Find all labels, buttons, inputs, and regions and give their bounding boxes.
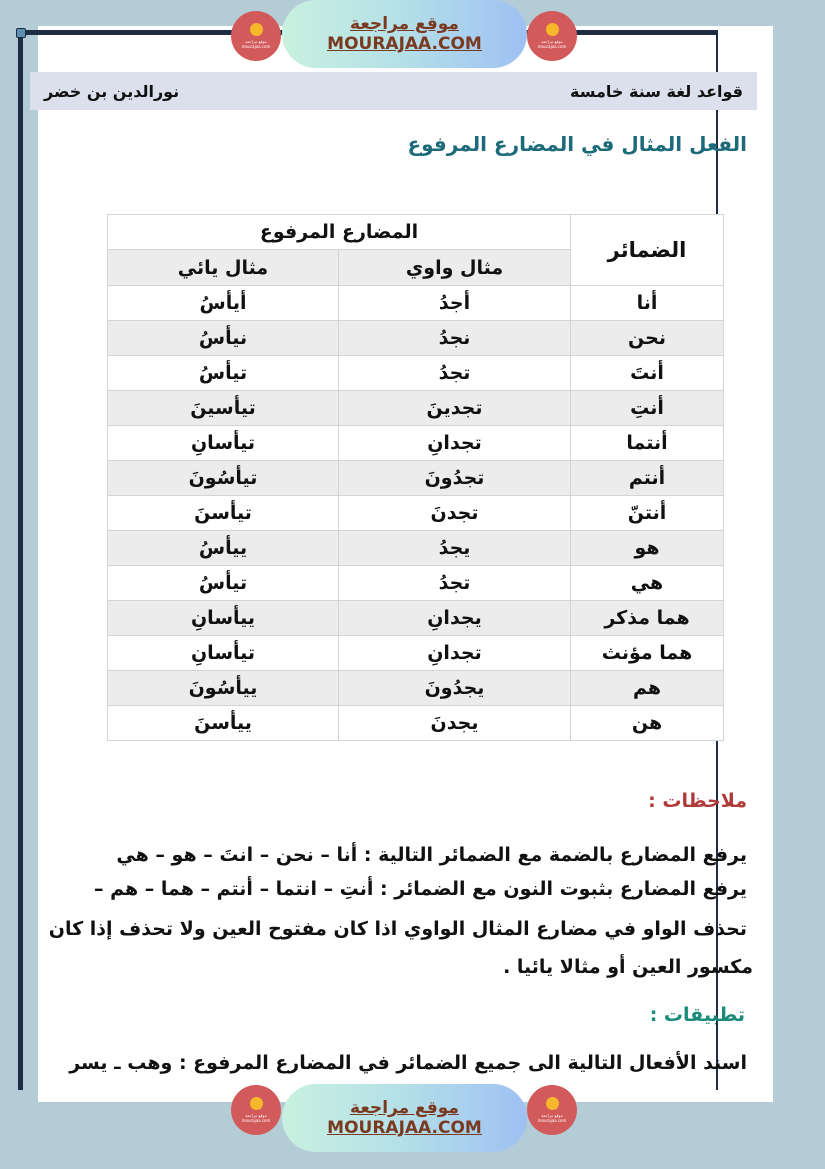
wawi-cell: يجدُونَ <box>339 671 571 706</box>
book-logo-icon <box>546 23 559 36</box>
group-header: المضارع المرفوع <box>108 215 571 250</box>
header-author: نورالدين بن خضر <box>44 82 179 101</box>
watermark-english: MOURAJAA.COM <box>327 1118 482 1138</box>
table-row: هنيجدنَييأسنَ <box>108 706 724 741</box>
pronoun-cell: هما مذكر <box>571 601 724 636</box>
yai-cell: تيأسُ <box>108 566 339 601</box>
pronoun-cell: هي <box>571 566 724 601</box>
yai-header: مثال يائي <box>108 250 339 286</box>
applications-title: تطبيقات : <box>650 1004 745 1026</box>
pronouns-header: الضمائر <box>571 215 724 286</box>
applications-text: اسند الأفعال التالية الى جميع الضمائر في… <box>69 1052 747 1074</box>
table-row: أناأجدُأيأسُ <box>108 286 724 321</box>
pronoun-cell: هو <box>571 531 724 566</box>
wawi-cell: نجدُ <box>339 321 571 356</box>
site-logo-badge: موقع مراجعة mourajaa.com <box>527 1085 577 1135</box>
watermark-banner-top[interactable]: موقع مراجعة MOURAJAA.COM <box>282 0 527 68</box>
watermark-banner-bottom[interactable]: موقع مراجعة MOURAJAA.COM <box>282 1084 527 1152</box>
pronoun-cell: أنتما <box>571 426 724 461</box>
yai-cell: تيأسُونَ <box>108 461 339 496</box>
wawi-cell: تجدانِ <box>339 426 571 461</box>
document-header: قواعد لغة سنة خامسة نورالدين بن خضر <box>30 72 757 110</box>
header-subject: قواعد لغة سنة خامسة <box>570 82 743 101</box>
watermark-english: MOURAJAA.COM <box>327 34 482 54</box>
lesson-title: الفعل المثال في المضارع المرفوع <box>407 132 747 156</box>
table-row: أنتماتجدانِتيأسانِ <box>108 426 724 461</box>
wawi-cell: تجدُ <box>339 566 571 601</box>
yai-cell: تيأسُ <box>108 356 339 391</box>
wawi-cell: يجدنَ <box>339 706 571 741</box>
badge-text: موقع مراجعة mourajaa.com <box>231 1113 281 1123</box>
table-row: هميجدُونَييأسُونَ <box>108 671 724 706</box>
pronoun-cell: أنتِ <box>571 391 724 426</box>
wawi-cell: يجدُ <box>339 531 571 566</box>
badge-text: موقع مراجعة mourajaa.com <box>527 1113 577 1123</box>
pronoun-cell: نحن <box>571 321 724 356</box>
note-line: تحذف الواو في مضارع المثال الواوي اذا كا… <box>49 918 747 940</box>
yai-cell: تيأسانِ <box>108 426 339 461</box>
wawi-cell: تجدينَ <box>339 391 571 426</box>
table-row: نحننجدُنيأسُ <box>108 321 724 356</box>
yai-cell: ييأسانِ <box>108 601 339 636</box>
book-logo-icon <box>546 1097 559 1110</box>
table-row: أنتَتجدُتيأسُ <box>108 356 724 391</box>
wawi-cell: تجدنَ <box>339 496 571 531</box>
table-row: هويجدُييأسُ <box>108 531 724 566</box>
wawi-cell: تجدانِ <box>339 636 571 671</box>
pronoun-cell: أنتم <box>571 461 724 496</box>
table-row: أنتمتجدُونَتيأسُونَ <box>108 461 724 496</box>
badge-text: موقع مراجعة mourajaa.com <box>527 39 577 49</box>
yai-cell: تيأسينَ <box>108 391 339 426</box>
pronoun-cell: هم <box>571 671 724 706</box>
wawi-header: مثال واوي <box>339 250 571 286</box>
yai-cell: ييأسُ <box>108 531 339 566</box>
wawi-cell: يجدانِ <box>339 601 571 636</box>
yai-cell: نيأسُ <box>108 321 339 356</box>
table-row: أنتنّتجدنَتيأسنَ <box>108 496 724 531</box>
yai-cell: أيأسُ <box>108 286 339 321</box>
table-row: أنتِتجدينَتيأسينَ <box>108 391 724 426</box>
yai-cell: ييأسنَ <box>108 706 339 741</box>
pronoun-cell: أنا <box>571 286 724 321</box>
pronoun-cell: أنتنّ <box>571 496 724 531</box>
book-logo-icon <box>250 23 263 36</box>
note-line: مكسور العين أو مثالا يائيا . <box>503 956 753 978</box>
pronoun-cell: هما مؤنث <box>571 636 724 671</box>
table-row: هيتجدُتيأسُ <box>108 566 724 601</box>
table-row: هما مؤنثتجدانِتيأسانِ <box>108 636 724 671</box>
notes-title: ملاحظات : <box>648 790 747 812</box>
yai-cell: ييأسُونَ <box>108 671 339 706</box>
site-logo-badge: موقع مراجعة mourajaa.com <box>231 11 281 61</box>
note-line: يرفع المضارع بثبوت النون مع الضمائر : أن… <box>94 878 747 900</box>
yai-cell: تيأسنَ <box>108 496 339 531</box>
book-logo-icon <box>250 1097 263 1110</box>
note-line: يرفع المضارع بالضمة مع الضمائر التالية :… <box>116 844 747 866</box>
pronoun-cell: هن <box>571 706 724 741</box>
badge-text: موقع مراجعة mourajaa.com <box>231 39 281 49</box>
site-logo-badge: موقع مراجعة mourajaa.com <box>231 1085 281 1135</box>
wawi-cell: تجدُونَ <box>339 461 571 496</box>
table-row: هما مذكريجدانِييأسانِ <box>108 601 724 636</box>
watermark-arabic: موقع مراجعة <box>350 1098 459 1118</box>
wawi-cell: تجدُ <box>339 356 571 391</box>
wawi-cell: أجدُ <box>339 286 571 321</box>
watermark-arabic: موقع مراجعة <box>350 14 459 34</box>
pronoun-cell: أنتَ <box>571 356 724 391</box>
site-logo-badge: موقع مراجعة mourajaa.com <box>527 11 577 61</box>
yai-cell: تيأسانِ <box>108 636 339 671</box>
conjugation-table: الضمائر المضارع المرفوع مثال واوي مثال ي… <box>107 214 724 741</box>
